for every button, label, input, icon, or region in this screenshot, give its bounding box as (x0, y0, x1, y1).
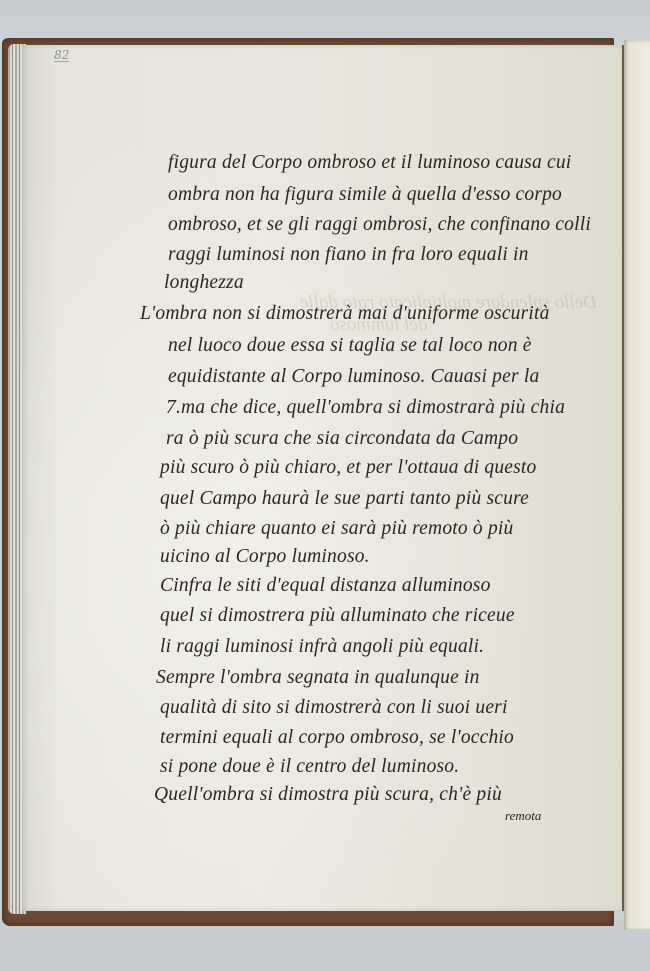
manuscript-text: Dello splendore moltiplicato rato dalle … (0, 0, 650, 971)
text-line: L'ombra non si dimostrerà mai d'uniforme… (140, 303, 550, 325)
text-line: quel Campo haurà le sue parti tanto più … (160, 488, 529, 510)
text-line: uicino al Corpo luminoso. (160, 546, 370, 568)
text-line: ombra non ha figura simile à quella d'es… (168, 184, 562, 206)
text-line: longhezza (164, 272, 244, 294)
catchword: remota (505, 808, 541, 824)
text-line: raggi luminosi non fiano in fra loro equ… (168, 244, 529, 266)
text-line: si pone doue è il centro del luminoso. (160, 756, 459, 778)
text-line: termini equali al corpo ombroso, se l'oc… (160, 727, 514, 749)
text-line: più scuro ò più chiaro, et per l'ottaua … (160, 457, 537, 479)
text-line: nel luoco doue essa si taglia se tal loc… (168, 335, 532, 357)
text-line: Quell'ombra si dimostra più scura, ch'è … (154, 784, 502, 806)
text-line: Cinfra le siti d'equal distanza allumino… (160, 575, 491, 597)
text-line: ra ò più scura che sia circondata da Cam… (166, 428, 518, 450)
text-line: qualità di sito si dimostrerà con li suo… (160, 697, 508, 719)
text-line: equidistante al Corpo luminoso. Cauasi p… (168, 366, 539, 388)
text-line: 7.ma che dice, quell'ombra si dimostrarà… (166, 397, 565, 419)
text-line: Sempre l'ombra segnata in qualunque in (156, 667, 480, 689)
text-line: li raggi luminosi infrà angoli più equal… (160, 636, 484, 658)
text-line: ombroso, et se gli raggi ombrosi, che co… (168, 214, 591, 236)
text-line: quel si dimostrera più alluminato che ri… (160, 605, 515, 627)
text-line: ò più chiare quanto ei sarà più remoto ò… (160, 518, 513, 540)
text-line: figura del Corpo ombroso et il luminoso … (168, 152, 571, 174)
